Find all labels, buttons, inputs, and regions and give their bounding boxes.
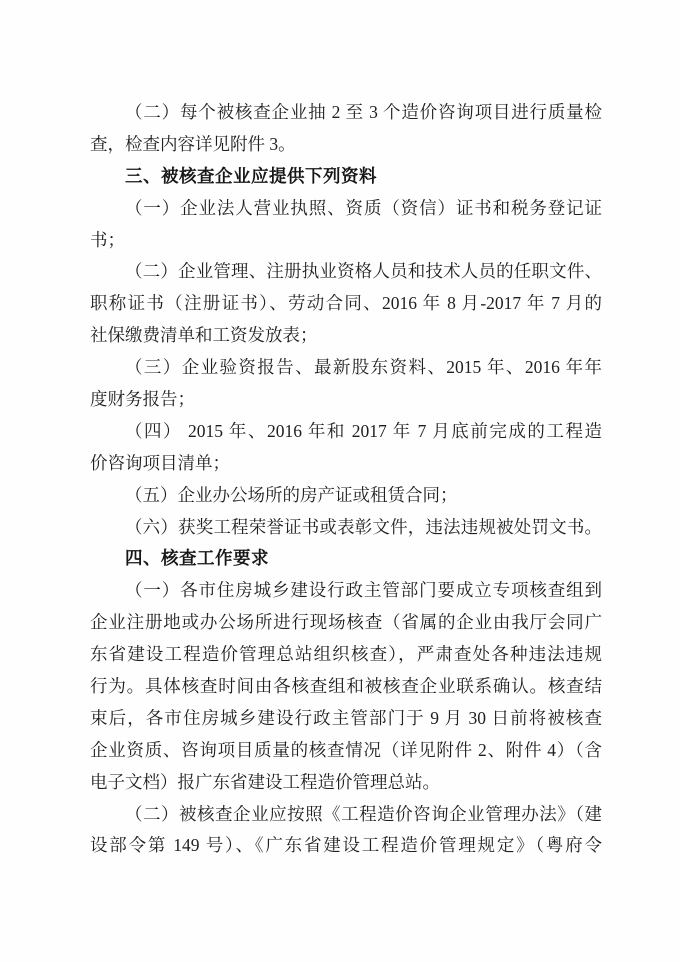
text-line: （二）企业管理、注册执业资格人员和技术人员的任职文件、 [90, 256, 602, 288]
text-line: （六）获奖工程荣誉证书或表彰文件，违法违规被处罚文书。 [90, 512, 602, 544]
text-line: 行为。具体核查时间由各核查组和被核查企业联系确认。核查结 [90, 671, 602, 703]
text-line: 社保缴费清单和工资发放表； [90, 320, 602, 352]
text-line: 设部令第 149 号）、《广东省建设工程造价管理规定》（粤府令 [90, 830, 602, 862]
section-heading-3: 三、被核查企业应提供下列资料 [90, 161, 602, 193]
text-line: （三）企业验资报告、最新股东资料、2015 年、2016 年年 [90, 352, 602, 384]
text-line: 书； [90, 225, 602, 257]
text-line: （五）企业办公场所的房产证或租赁合同； [90, 480, 602, 512]
text-line: （二）每个被核查企业抽 2 至 3 个造价咨询项目进行质量检 [90, 97, 602, 129]
section-heading-4: 四、核查工作要求 [90, 543, 602, 575]
text-line: 价咨询项目清单； [90, 448, 602, 480]
text-line: （四） 2015 年、2016 年和 2017 年 7 月底前完成的工程造 [90, 416, 602, 448]
text-line: 度财务报告； [90, 384, 602, 416]
text-line: 职称证书（注册证书）、劳动合同、2016 年 8 月-2017 年 7 月的 [90, 288, 602, 320]
text-line: 东省建设工程造价管理总站组织核查），严肃查处各种违法违规 [90, 639, 602, 671]
text-line: （二）被核查企业应按照《工程造价咨询企业管理办法》（建 [90, 799, 602, 831]
scanned-document-page: （二）每个被核查企业抽 2 至 3 个造价咨询项目进行质量检 查，检查内容详见附… [0, 0, 680, 962]
text-line: （一）企业法人营业执照、资质（资信）证书和税务登记证 [90, 193, 602, 225]
document-text-block: （二）每个被核查企业抽 2 至 3 个造价咨询项目进行质量检 查，检查内容详见附… [90, 97, 602, 862]
text-line: 查，检查内容详见附件 3。 [90, 129, 602, 161]
text-line: 企业资质、咨询项目质量的核查情况（详见附件 2、附件 4）（含 [90, 735, 602, 767]
text-line: 电子文档）报广东省建设工程造价管理总站。 [90, 767, 602, 799]
text-line: （一）各市住房城乡建设行政主管部门要成立专项核查组到 [90, 575, 602, 607]
text-line: 束后，各市住房城乡建设行政主管部门于 9 月 30 日前将被核查 [90, 703, 602, 735]
text-line: 企业注册地或办公场所进行现场核查（省属的企业由我厅会同广 [90, 607, 602, 639]
